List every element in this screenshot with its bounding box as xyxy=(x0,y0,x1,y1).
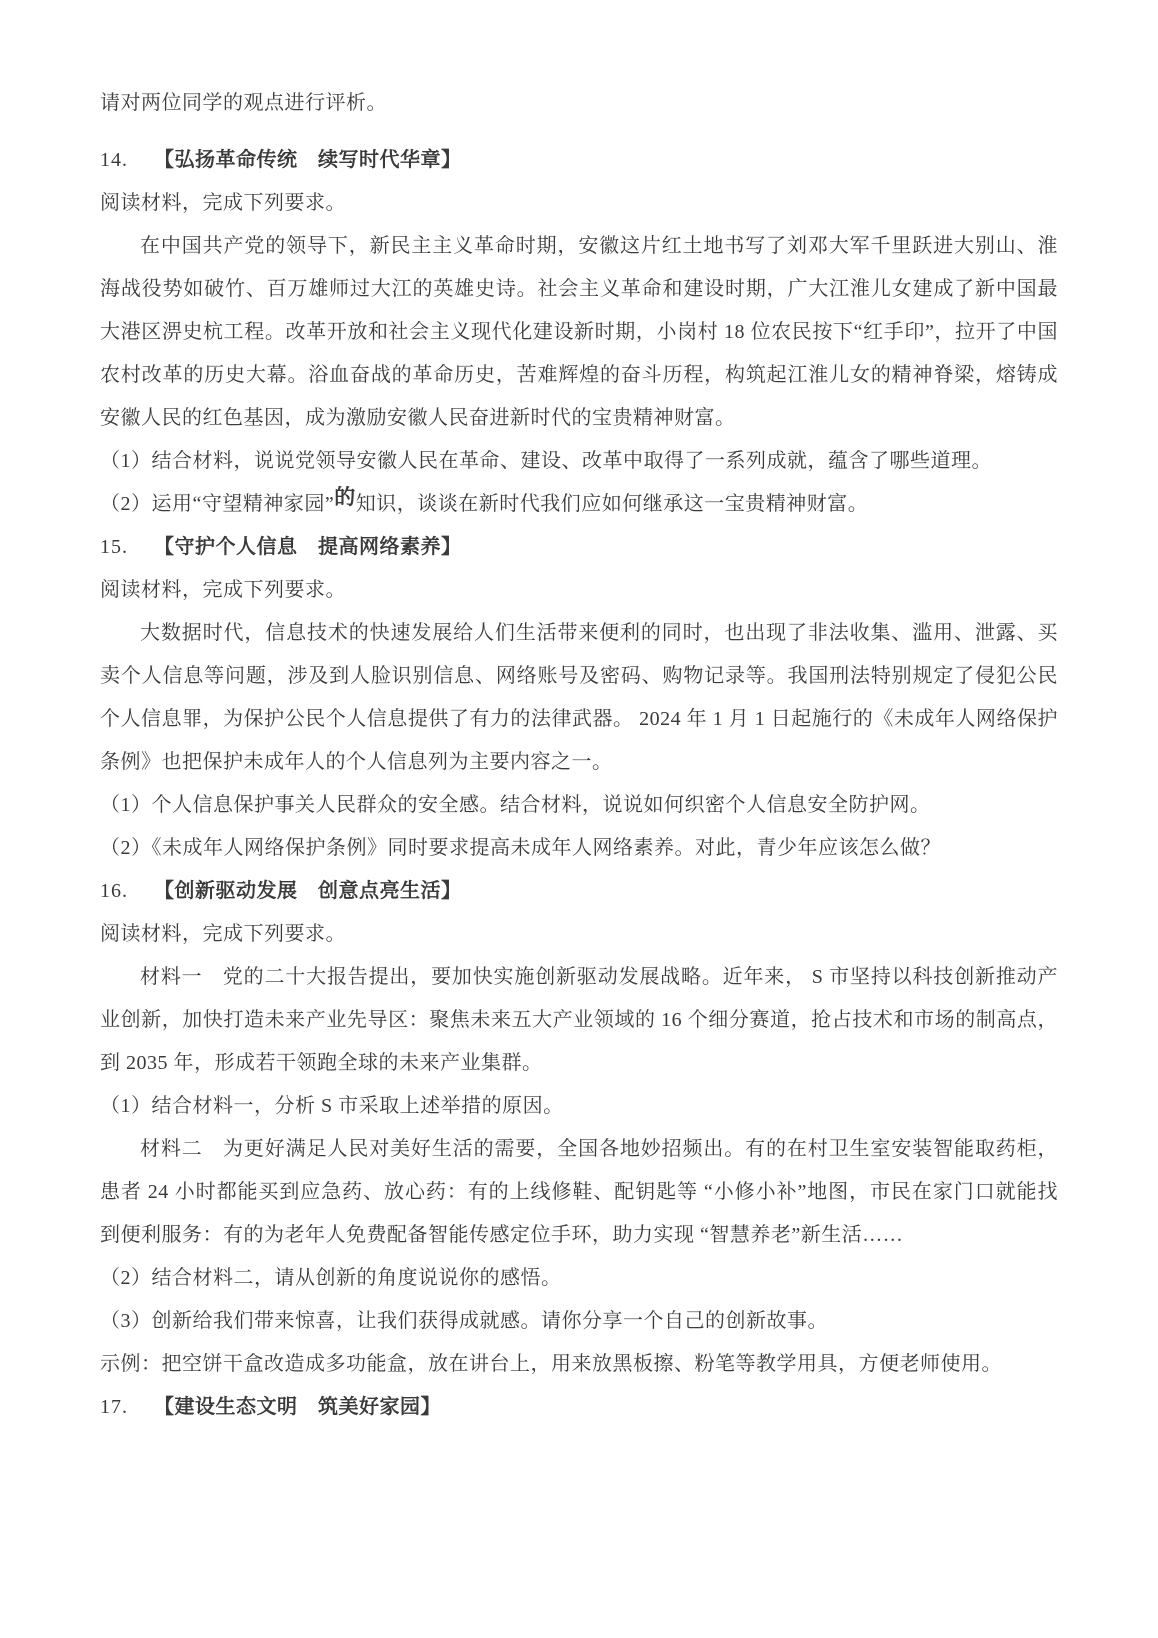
question-14-heading: 14.【弘扬革命传统 续写时代华章】 xyxy=(100,139,1058,182)
question-17-title: 【建设生态文明 筑美好家园】 xyxy=(154,1396,441,1418)
question-14-title: 【弘扬革命传统 续写时代华章】 xyxy=(154,149,462,171)
question-16-example: 示例：把空饼干盒改造成多功能盒，放在讲台上，用来放黑板擦、粉笔等教学用具，方便老… xyxy=(100,1343,1058,1386)
question-15-title: 【守护个人信息 提高网络素养】 xyxy=(154,536,462,558)
question-17-number: 17. xyxy=(100,1396,128,1418)
question-14-prompt: 阅读材料，完成下列要求。 xyxy=(100,182,1058,225)
material-2-text: 为更好满足人民对美好生活的需要，全国各地妙招频出。有的在村卫生室安装智能取药柜，… xyxy=(100,1138,1058,1246)
question-16-material-2: 材料二为更好满足人民对美好生活的需要，全国各地妙招频出。有的在村卫生室安装智能取… xyxy=(100,1128,1058,1257)
question-16-item-1: （1）结合材料一，分析 S 市采取上述举措的原因。 xyxy=(100,1085,1058,1128)
material-1-label: 材料一 xyxy=(140,966,202,988)
question-15-heading: 15.【守护个人信息 提高网络素养】 xyxy=(100,526,1058,569)
question-14-item-2-post: 知识，谈谈在新时代我们应如何继承这一宝贵精神财富。 xyxy=(356,493,869,515)
question-15-material: 大数据时代，信息技术的快速发展给人们生活带来便利的同时，也出现了非法收集、滥用、… xyxy=(100,612,1058,784)
question-15-item-2: （2）《未成年人网络保护条例》同时要求提高未成年人网络素养。对此，青少年应该怎么… xyxy=(100,827,1058,870)
question-14-item-1: （1）结合材料，说说党领导安徽人民在革命、建设、改革中取得了一系列成就，蕴含了哪… xyxy=(100,440,1058,483)
question-15-number: 15. xyxy=(100,536,128,558)
question-16-title: 【创新驱动发展 创意点亮生活】 xyxy=(154,880,462,902)
exam-paper-page: 请对两位同学的观点进行评析。 14.【弘扬革命传统 续写时代华章】 阅读材料，完… xyxy=(0,0,1158,1638)
material-2-label: 材料二 xyxy=(140,1138,203,1160)
question-16-prompt: 阅读材料，完成下列要求。 xyxy=(100,913,1058,956)
question-15-item-1: （1）个人信息保护事关人民群众的安全感。结合材料，说说如何织密个人信息安全防护网… xyxy=(100,784,1058,827)
question-14-item-2: （2）运用“守望精神家园”的知识，谈谈在新时代我们应如何继承这一宝贵精神财富。 xyxy=(100,483,1058,526)
intro-line: 请对两位同学的观点进行评析。 xyxy=(100,82,1058,125)
question-14-number: 14. xyxy=(100,149,128,171)
question-16-item-3: （3）创新给我们带来惊喜，让我们获得成就感。请你分享一个自己的创新故事。 xyxy=(100,1300,1058,1343)
material-1-text: 党的二十大报告提出，要加快实施创新驱动发展战略。近年来， S 市坚持以科技创新推… xyxy=(100,966,1058,1074)
question-14-material: 在中国共产党的领导下，新民主主义革命时期，安徽这片红土地书写了刘邓大军千里跃进大… xyxy=(100,225,1058,440)
question-17-heading: 17.【建设生态文明 筑美好家园】 xyxy=(100,1386,1058,1429)
question-14-item-2-pre: （2）运用“守望精神家园” xyxy=(100,493,334,515)
question-16-item-2: （2）结合材料二，请从创新的角度说说你的感悟。 xyxy=(100,1257,1058,1300)
question-16-number: 16. xyxy=(100,880,128,902)
exam-content: 请对两位同学的观点进行评析。 14.【弘扬革命传统 续写时代华章】 阅读材料，完… xyxy=(100,82,1058,1429)
question-16-heading: 16.【创新驱动发展 创意点亮生活】 xyxy=(100,870,1058,913)
question-15-prompt: 阅读材料，完成下列要求。 xyxy=(100,569,1058,612)
question-16-material-1: 材料一党的二十大报告提出，要加快实施创新驱动发展战略。近年来， S 市坚持以科技… xyxy=(100,956,1058,1085)
